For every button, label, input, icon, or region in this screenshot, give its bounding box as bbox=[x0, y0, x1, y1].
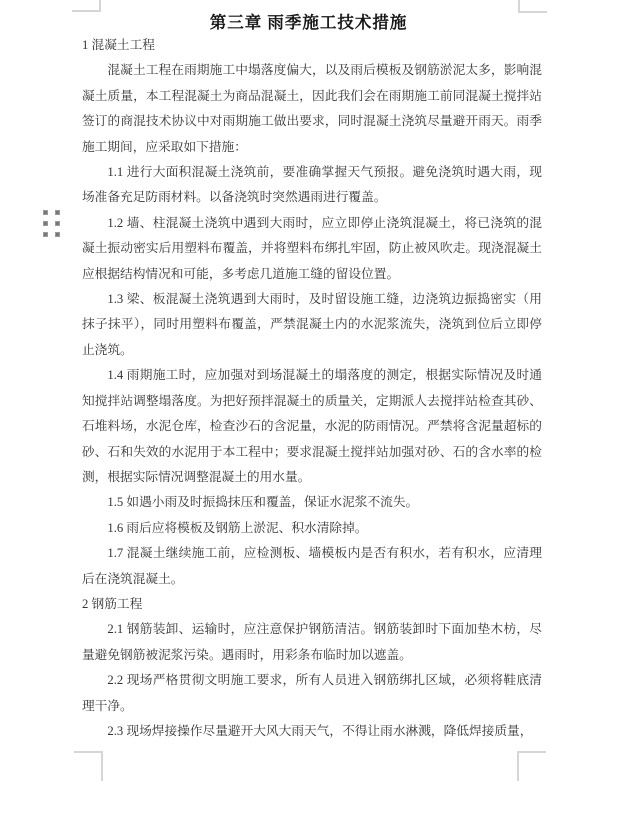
paragraph-1-4: 1.4 雨期施工时，应加强对到场混凝土的塌落度的测定，根据实际情况及时通知搅拌站… bbox=[82, 363, 542, 490]
section-1-heading: 1 混凝土工程 bbox=[82, 33, 542, 58]
crop-mark-bottom-right-icon bbox=[517, 751, 546, 781]
paragraph-1-1: 1.1 进行大面积混凝土浇筑前，要准确掌握天气预报。避免浇筑时遇大雨，现场准备充… bbox=[82, 160, 542, 211]
paragraph-2-1: 2.1 钢筋装卸、运输时，应注意保护钢筋清洁。钢筋装卸时下面加垫木枋，尽量避免钢… bbox=[82, 617, 542, 668]
document-body: 1 混凝土工程 混凝土工程在雨期施工中塌落度偏大，以及雨后模板及钢筋淤泥太多，影… bbox=[82, 33, 542, 744]
paragraph-1-6: 1.6 雨后应将模板及钢筋上淤泥、积水清除掉。 bbox=[82, 516, 542, 541]
crop-mark-bottom-left-icon bbox=[74, 751, 103, 781]
paragraph-intro: 混凝土工程在雨期施工中塌落度偏大，以及雨后模板及钢筋淤泥太多，影响混凝土质量，本… bbox=[82, 58, 542, 160]
paragraph-1-2: 1.2 墙、柱混凝土浇筑中遇到大雨时，应立即停止浇筑混凝土，将已浇筑的混凝土振动… bbox=[82, 211, 542, 287]
paragraph-1-5: 1.5 如遇小雨及时振捣抹压和覆盖，保证水泥浆不流失。 bbox=[82, 490, 542, 515]
paragraph-2-3: 2.3 现场焊接操作尽量避开大风大雨天气，不得让雨水淋溅，降低焊接质量， bbox=[82, 719, 542, 744]
section-2-heading: 2 钢筋工程 bbox=[82, 592, 542, 617]
document-page: 第三章 雨季施工技术措施 1 混凝土工程 混凝土工程在雨期施工中塌落度偏大，以及… bbox=[0, 0, 617, 816]
paragraph-2-2: 2.2 现场严格贯彻文明施工要求，所有人员进入钢筋绑扎区域，必须将鞋底清理干净。 bbox=[82, 668, 542, 719]
paragraph-1-3: 1.3 梁、板混凝土浇筑遇到大雨时，及时留设施工缝，边浇筑边振捣密实（用抹子抹平… bbox=[82, 287, 542, 363]
paragraph-1-7: 1.7 混凝土继续施工前，应检测板、墙模板内是否有积水，若有积水，应清理后在浇筑… bbox=[82, 541, 542, 592]
drag-handle-icon[interactable] bbox=[43, 210, 60, 237]
chapter-title: 第三章 雨季施工技术措施 bbox=[0, 9, 617, 33]
